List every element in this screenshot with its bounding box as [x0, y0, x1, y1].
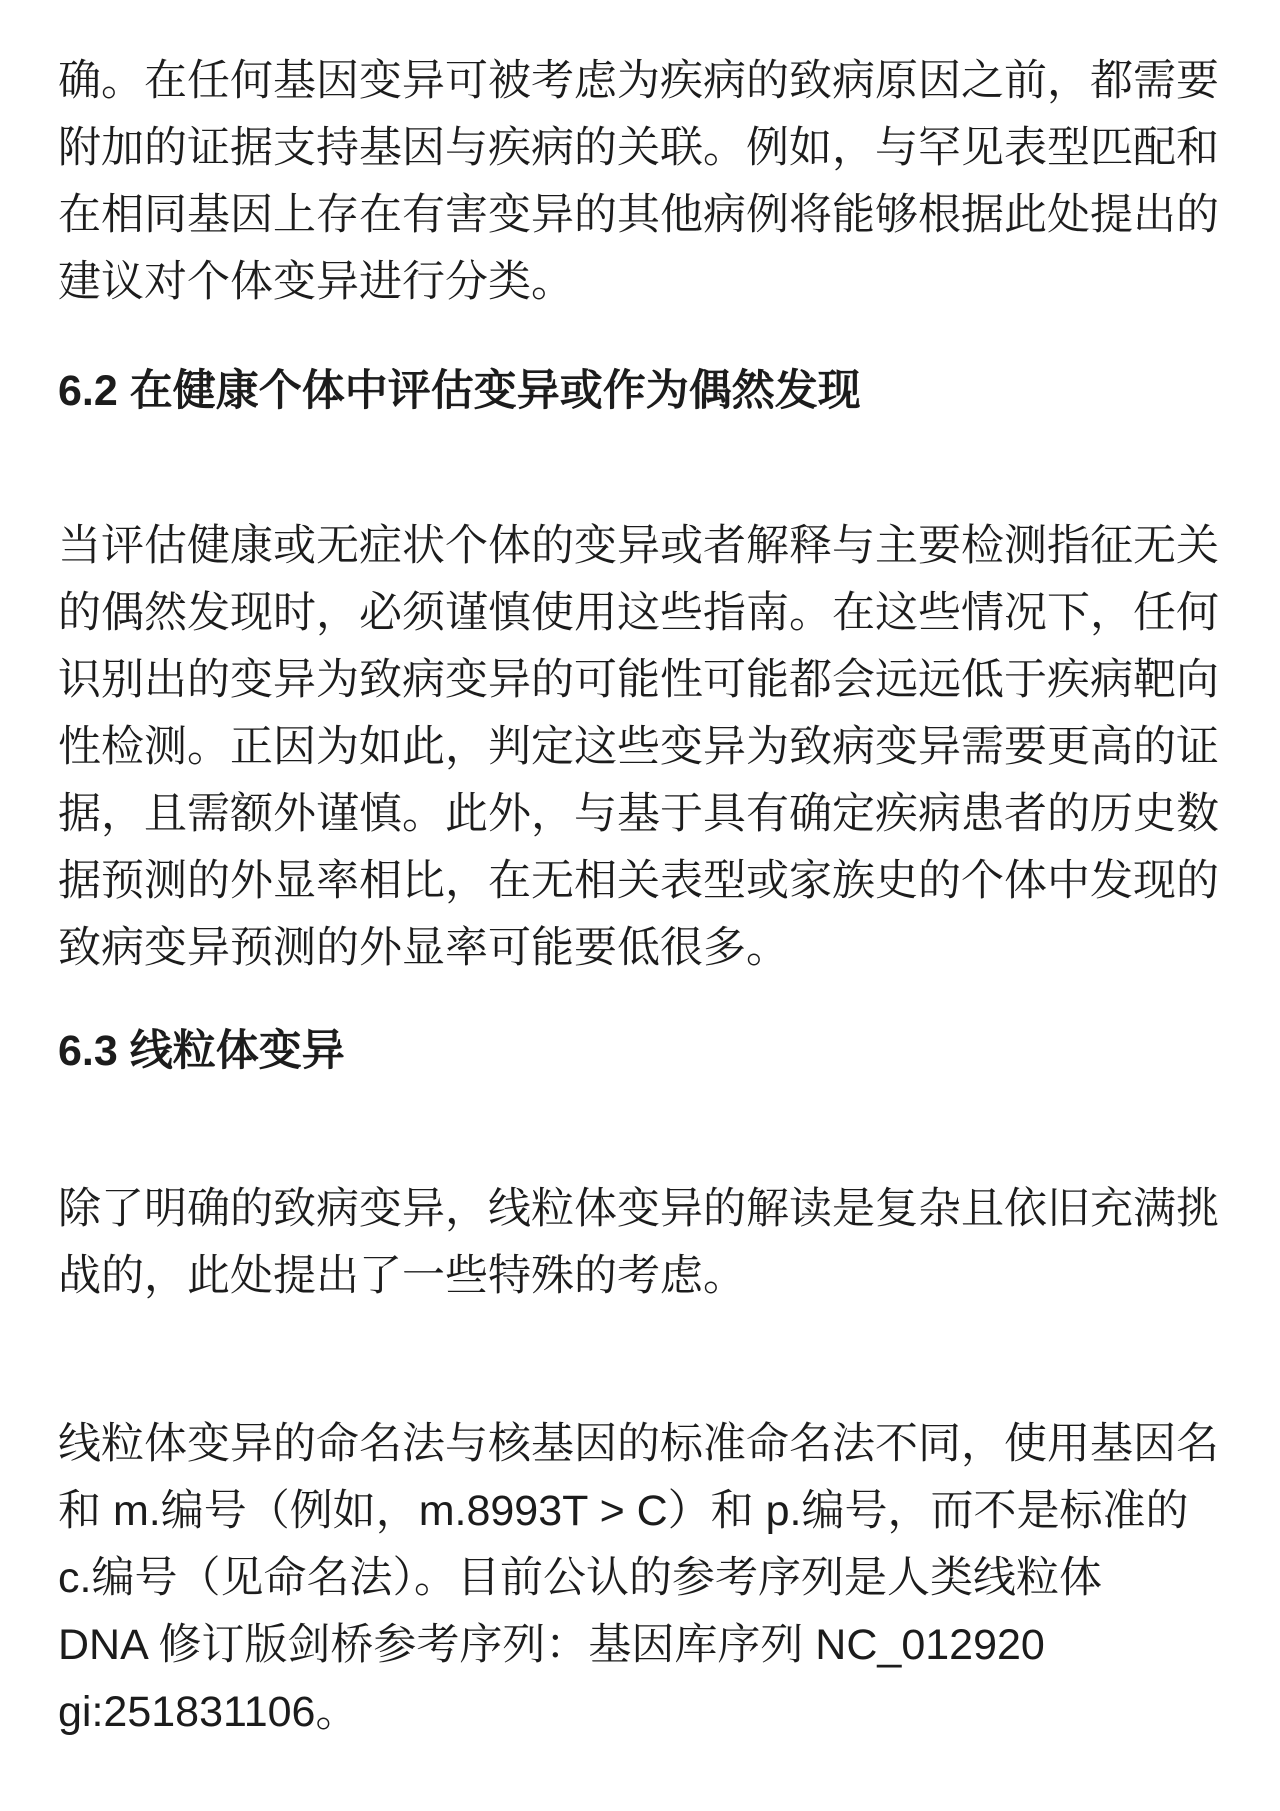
- paragraph-mitochondrial-intro: 除了明确的致病变异，线粒体变异的解读是复杂且依旧充满挑 战的，此处提出了一些特殊…: [58, 1176, 1222, 1310]
- section-heading-6-3: 6.3 线粒体变异: [58, 1018, 1222, 1085]
- paragraph-healthy-individuals: 当评估健康或无症状个体的变异或者解释与主要检测指征无关 的偶然发现时，必须谨慎使…: [58, 513, 1222, 982]
- section-heading-6-2: 6.2 在健康个体中评估变异或作为偶然发现: [58, 358, 1222, 425]
- document-page: 确。在任何基因变异可被考虑为疾病的致病原因之前，都需要 附加的证据支持基因与疾病…: [0, 0, 1280, 1746]
- paragraph-mitochondrial-nomenclature: 线粒体变异的命名法与核基因的标准命名法不同，使用基因名 和 m.编号（例如，m.…: [58, 1411, 1222, 1746]
- paragraph-classification-evidence: 确。在任何基因变异可被考虑为疾病的致病原因之前，都需要 附加的证据支持基因与疾病…: [58, 48, 1222, 316]
